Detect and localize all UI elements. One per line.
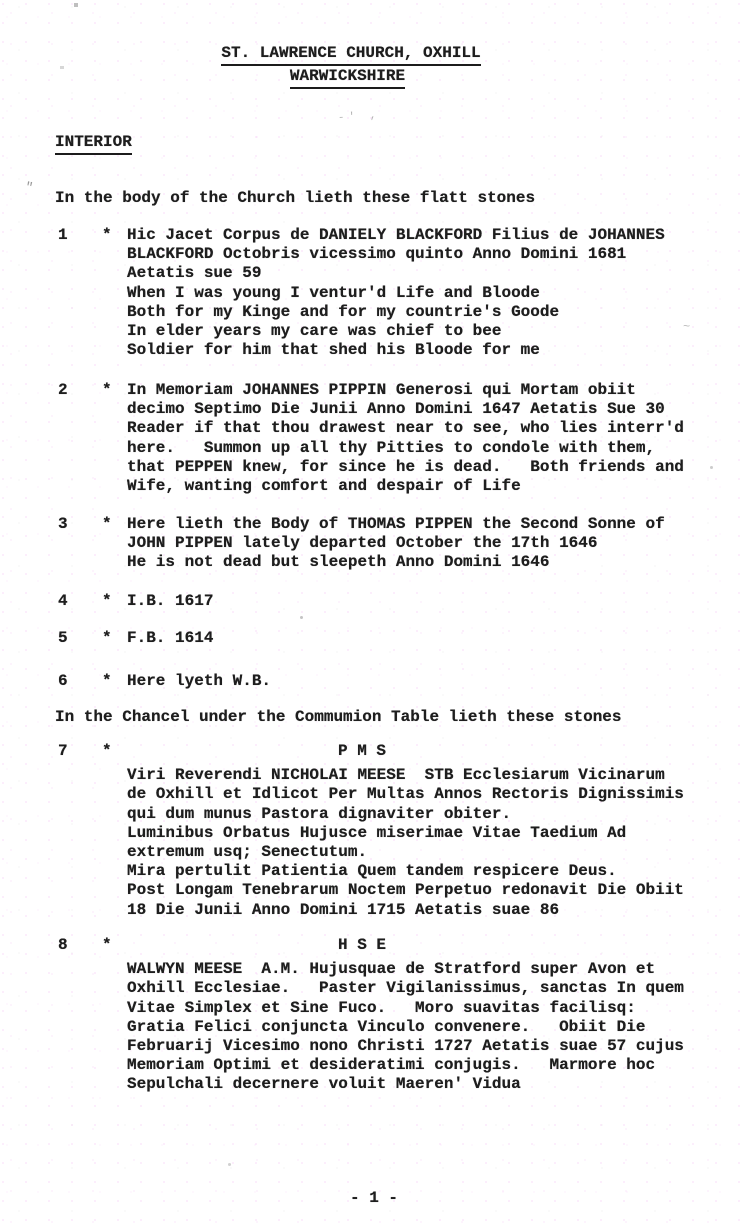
asterisk-marker: *	[102, 515, 112, 534]
asterisk-marker: *	[102, 592, 112, 611]
scan-speck	[300, 616, 303, 619]
chancel-intro-line: In the Chancel under the Commumion Table…	[55, 708, 622, 727]
entry-inscription-heading: H S E	[127, 936, 702, 955]
scan-speck	[74, 3, 78, 7]
asterisk-marker: *	[102, 742, 112, 761]
entry-text: Here lyeth W.B.	[127, 672, 702, 691]
document-title: ST. LAWRENCE CHURCH, OXHILL WARWICKSHIRE	[0, 44, 725, 90]
ditto-mark-artifact: "	[23, 177, 35, 197]
scan-speck	[710, 466, 713, 469]
title-line-1: ST. LAWRENCE CHURCH, OXHILL	[221, 44, 480, 66]
scanned-document-page: -' , " ~ ST. LAWRENCE CHURCH, OXHILL WAR…	[0, 0, 748, 1231]
entry-number: 7	[58, 742, 68, 761]
entry-text: Here lieth the Body of THOMAS PIPPEN the…	[127, 515, 702, 573]
entry-number: 5	[58, 629, 68, 648]
entry-number: 6	[58, 672, 68, 691]
entry-text: I.B. 1617	[127, 592, 702, 611]
scan-speck	[228, 1163, 231, 1166]
asterisk-marker: *	[102, 672, 112, 691]
entry-text: WALWYN MEESE A.M. Hujusquae de Stratford…	[127, 960, 702, 1094]
entry-number: 1	[58, 226, 68, 245]
pencil-mark-artifact: -' ,	[337, 107, 381, 129]
entry-number: 2	[58, 381, 68, 400]
entry-number: 3	[58, 515, 68, 534]
asterisk-marker: *	[102, 381, 112, 400]
page-number: - 1 -	[0, 1189, 748, 1208]
entry-inscription-heading: P M S	[127, 742, 702, 761]
entry-number: 8	[58, 936, 68, 955]
section-heading-interior: INTERIOR	[55, 133, 132, 155]
asterisk-marker: *	[102, 629, 112, 648]
body-intro-line: In the body of the Church lieth these fl…	[55, 189, 535, 208]
entry-number: 4	[58, 592, 68, 611]
entry-text: F.B. 1614	[127, 629, 702, 648]
entry-text: Hic Jacet Corpus de DANIELY BLACKFORD Fi…	[127, 226, 702, 360]
entry-text: Viri Reverendi NICHOLAI MEESE STB Eccles…	[127, 766, 702, 920]
asterisk-marker: *	[102, 936, 112, 955]
asterisk-marker: *	[102, 226, 112, 245]
entry-text: In Memoriam JOHANNES PIPPIN Generosi qui…	[127, 381, 702, 496]
title-line-2: WARWICKSHIRE	[290, 67, 405, 89]
